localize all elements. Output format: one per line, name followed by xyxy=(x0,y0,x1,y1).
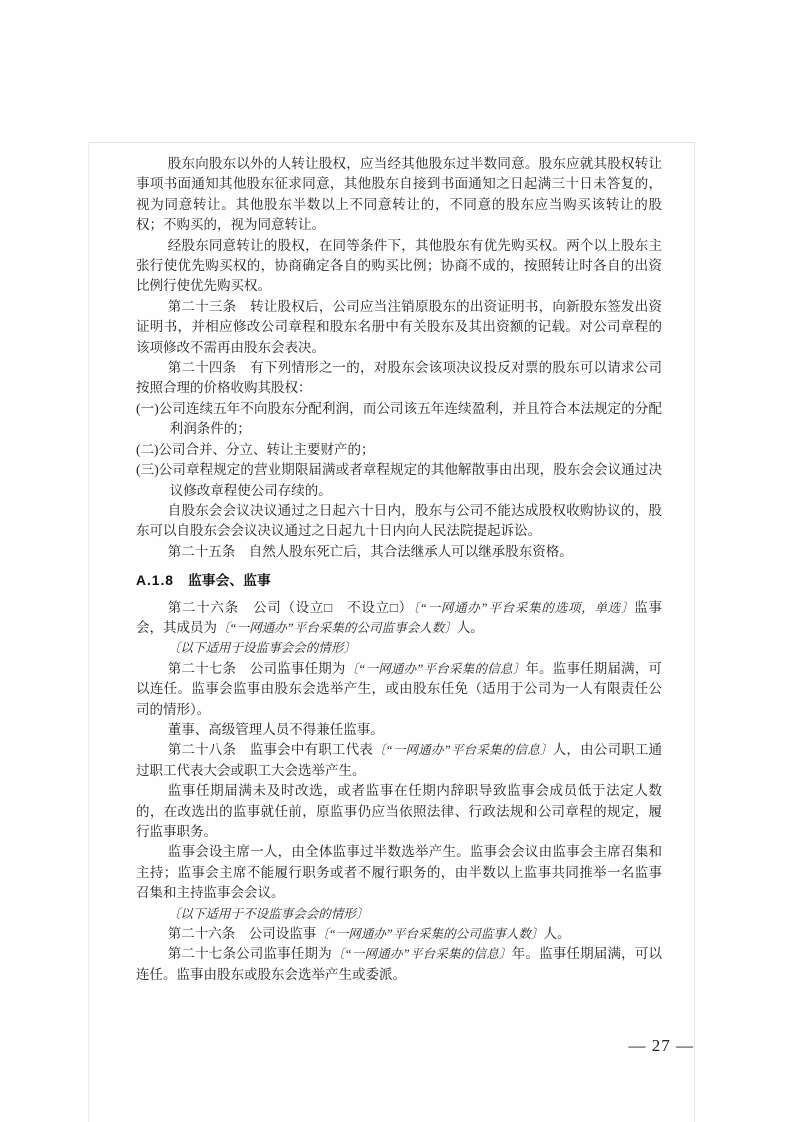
clause-text: 经股东同意转让的股权，在同等条件下，其他股东有优先购买权。两个以上股东主张行使优… xyxy=(136,238,662,294)
clause-text: 第二十六条 公司（设立□ 不设立□） xyxy=(168,600,413,615)
clause-text: (三)公司章程规定的营业期限届满或者章程规定的其他解散事由出现，股东会会议通过决… xyxy=(136,462,662,497)
list-item-clause: (二)公司合并、分立、转让主要财产的； xyxy=(136,440,662,460)
platform-collected-note: 〔以下适用于不设监事会会的情形〕 xyxy=(168,907,369,921)
clause-paragraph: 第二十四条 有下列情形之一的，对股东会该项决议投反对票的股东可以请求公司按照合理… xyxy=(136,358,662,399)
clause-text: 自股东会会议决议通过之日起六十日内，股东与公司不能达成股权收购协议的，股东可以自… xyxy=(136,503,662,538)
clause-text: (一)公司连续五年不向股东分配利润，而公司该五年连续盈利，并且符合本法规定的分配… xyxy=(136,401,662,436)
clause-text: 第二十七条公司监事任期为 xyxy=(168,946,332,961)
clauses-before-heading: 股东向股东以外的人转让股权，应当经其他股东过半数同意。股东应就其股权转让事项书面… xyxy=(136,154,662,562)
clause-paragraph: 经股东同意转让的股权，在同等条件下，其他股东有优先购买权。两个以上股东主张行使优… xyxy=(136,236,662,297)
clause-text: 监事任期届满未及时改选，或者监事在任期内辞职导致监事会成员低于法定人数的，在改选… xyxy=(136,783,662,839)
list-item-clause: (一)公司连续五年不向股东分配利润，而公司该五年连续盈利，并且符合本法规定的分配… xyxy=(136,399,662,440)
platform-collected-note: 〔“一网通办”平台采集的信息〕 xyxy=(332,947,512,961)
clause-paragraph: 股东向股东以外的人转让股权，应当经其他股东过半数同意。股东应就其股权转让事项书面… xyxy=(136,154,662,236)
platform-collected-note: 〔“一网通办”平台采集的选项，单选〕 xyxy=(413,601,634,615)
clause-text: 第二十四条 有下列情形之一的，对股东会该项决议投反对票的股东可以请求公司按照合理… xyxy=(136,360,662,395)
clause-paragraph: 第二十六条 公司（设立□ 不设立□）〔“一网通办”平台采集的选项，单选〕监事会，… xyxy=(136,598,662,639)
clause-text: 人。 xyxy=(457,620,484,635)
clause-paragraph: 第二十三条 转让股权后，公司应当注销原股东的出资证明书，向新股东签发出资证明书，… xyxy=(136,297,662,358)
clause-text: 股东向股东以外的人转让股权，应当经其他股东过半数同意。股东应就其股权转让事项书面… xyxy=(136,156,662,232)
clause-text: 第二十七条 公司监事任期为 xyxy=(168,661,346,676)
clause-paragraph: 第二十八条 监事会中有职工代表〔“一网通办”平台采集的信息〕人，由公司职工通过职… xyxy=(136,740,662,781)
platform-collected-note: 〔“一网通办”平台采集的信息〕 xyxy=(373,743,553,757)
clause-text: 董事、高级管理人员不得兼任监事。 xyxy=(168,722,384,737)
clause-paragraph: 第二十五条 自然人股东死亡后，其合法继承人可以继承股东资格。 xyxy=(136,542,662,562)
clause-paragraph: 监事会设主席一人，由全体监事过半数选举产生。监事会会议由监事会主席召集和主持；监… xyxy=(136,842,662,903)
clause-paragraph: 第二十七条 公司监事任期为〔“一网通办”平台采集的信息〕年。监事任期届满，可以连… xyxy=(136,659,662,720)
clause-text: 第二十三条 转让股权后，公司应当注销原股东的出资证明书，向新股东签发出资证明书，… xyxy=(136,299,662,355)
clause-text: (二)公司合并、分立、转让主要财产的； xyxy=(136,442,375,457)
document-body: 股东向股东以外的人转让股权，应当经其他股东过半数同意。股东应就其股权转让事项书面… xyxy=(89,143,694,985)
clause-text: 人。 xyxy=(543,926,570,941)
clause-paragraph: 第二十六条 公司设监事〔“一网通办”平台采集的公司监事人数〕人。 xyxy=(136,924,662,944)
platform-collected-note: 〔“一网通办”平台采集的信息〕 xyxy=(346,662,526,676)
clause-text: 第二十六条 公司设监事 xyxy=(168,926,317,941)
clause-text: 监事会设主席一人，由全体监事过半数选举产生。监事会会议由监事会主席召集和主持；监… xyxy=(136,844,662,900)
platform-collected-note: 〔“一网通办”平台采集的公司监事人数〕 xyxy=(316,927,543,941)
platform-collected-note: 〔“一网通办”平台采集的公司监事会人数〕 xyxy=(217,621,457,635)
section-heading-title: 监事会、监事 xyxy=(188,573,271,588)
clause-text: 第二十五条 自然人股东死亡后，其合法继承人可以继承股东资格。 xyxy=(168,544,573,559)
clause-paragraph: 〔以下适用于设监事会会的情形〕 xyxy=(136,638,662,658)
clause-paragraph: 董事、高级管理人员不得兼任监事。 xyxy=(136,720,662,740)
platform-collected-note: 〔以下适用于设监事会会的情形〕 xyxy=(168,641,356,655)
list-item-clause: (三)公司章程规定的营业期限届满或者章程规定的其他解散事由出现，股东会会议通过决… xyxy=(136,460,662,501)
clause-paragraph: 〔以下适用于不设监事会会的情形〕 xyxy=(136,904,662,924)
clause-paragraph: 自股东会会议决议通过之日起六十日内，股东与公司不能达成股权收购协议的，股东可以自… xyxy=(136,501,662,542)
section-heading: A.1.8监事会、监事 xyxy=(136,571,662,591)
page-number: — 27 — xyxy=(629,1036,695,1056)
clauses-after-heading: 第二十六条 公司（设立□ 不设立□）〔“一网通办”平台采集的选项，单选〕监事会，… xyxy=(136,598,662,986)
clause-paragraph: 监事任期届满未及时改选，或者监事在任期内辞职导致监事会成员低于法定人数的，在改选… xyxy=(136,781,662,842)
clause-paragraph: 第二十七条公司监事任期为〔“一网通办”平台采集的信息〕年。监事任期届满，可以连任… xyxy=(136,944,662,985)
clause-text: 第二十八条 监事会中有职工代表 xyxy=(168,742,373,757)
page-sheet: 股东向股东以外的人转让股权，应当经其他股东过半数同意。股东应就其股权转让事项书面… xyxy=(88,142,695,1122)
section-heading-number: A.1.8 xyxy=(136,573,174,588)
